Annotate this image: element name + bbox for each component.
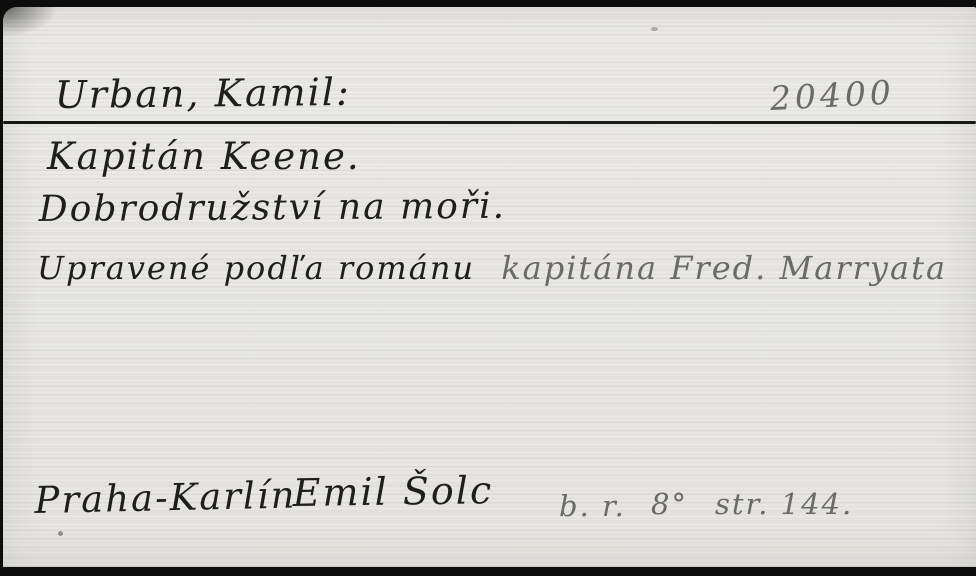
imprint-publisher: Emil Šolc: [292, 468, 493, 515]
note-line: Upravené podľa románu kapitána Fred. Mar…: [37, 249, 947, 287]
imprint-year: b. r.: [559, 489, 626, 523]
scan-corner-shadow: [3, 7, 59, 37]
paper-speck: [651, 27, 658, 31]
ink-smudge: [58, 531, 63, 536]
catalog-card: Urban, Kamil: 20400 Kapitán Keene. Dobro…: [3, 7, 976, 567]
imprint-format: 8°: [651, 487, 688, 521]
catalog-number: 20400: [769, 73, 896, 118]
heading-rule: [3, 121, 976, 124]
title-line-2: Dobrodružství na moři.: [39, 186, 506, 230]
note-ink-text: Upravené podľa románu: [37, 249, 475, 287]
imprint-place: Praha-Karlín: [34, 474, 297, 522]
title-line-1: Kapitán Keene.: [47, 135, 361, 178]
note-pencil-text: kapitána Fred. Marryata: [501, 249, 947, 287]
imprint-pages: str. 144.: [715, 487, 853, 521]
author-heading: Urban, Kamil:: [55, 70, 351, 117]
